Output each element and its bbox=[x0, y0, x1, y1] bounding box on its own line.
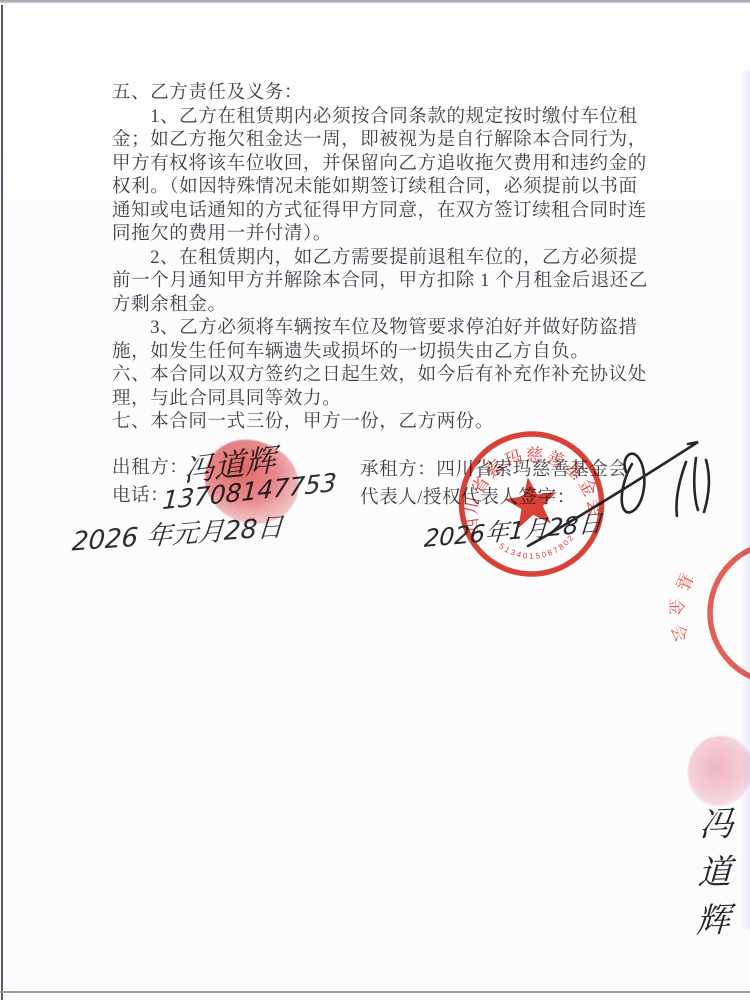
contract-line: 3、乙方必须将车辆按车位及物管要求停泊好并做好防盗措 bbox=[112, 317, 650, 341]
contract-line: 方剩余租金。 bbox=[112, 294, 650, 318]
scanned-contract-page: 五、乙方责任及义务： 1、乙方在租赁期内必须按合同条款的规定按时缴付车位租金；如… bbox=[0, 0, 750, 1000]
contract-line: 2、在租赁期内，如乙方需要提前退租车位的，乙方必须提 bbox=[112, 247, 650, 271]
contract-line: 通知或电话通知的方式征得甲方同意，在双方签订续租合同时连 bbox=[112, 200, 650, 224]
edge-vertical-name-handwriting: 冯道辉 bbox=[691, 805, 730, 950]
edge-seal-ring bbox=[710, 543, 750, 683]
contract-line: 六、本合同以双方签约之日起生效，如今后有补充作补充协议处 bbox=[112, 364, 650, 388]
edge-seal-text: 基金会 bbox=[666, 570, 696, 656]
scan-edge-bottom bbox=[0, 991, 750, 993]
edge-partial-seal: 基金会 bbox=[654, 528, 750, 698]
phone-label: 电话： bbox=[112, 481, 169, 507]
scan-edge-top bbox=[0, 0, 750, 3]
scan-edge-left bbox=[1, 5, 3, 1000]
contract-line: 五、乙方责任及义务： bbox=[112, 82, 650, 106]
scan-edge-right-shade bbox=[741, 70, 750, 930]
contract-line: 金；如乙方拖欠租金达一周，即被视为是自行解除本合同行为， bbox=[112, 129, 650, 153]
svg-text:基金会: 基金会 bbox=[666, 570, 696, 656]
contract-line: 施，如发生任何车辆遗失或损坏的一切损失由乙方自负。 bbox=[112, 341, 650, 365]
contract-line: 权利。（如因特殊情况未能如期签订续租合同，必须提前以书面 bbox=[112, 176, 650, 200]
contract-line: 1、乙方在租赁期内必须按合同条款的规定按时缴付车位租 bbox=[112, 106, 650, 130]
lessor-label: 出租方： bbox=[112, 453, 188, 479]
contract-line: 甲方有权将该车位收回，并保留向乙方追收拖欠费用和违约金的 bbox=[112, 153, 650, 177]
contract-body: 五、乙方责任及义务： 1、乙方在租赁期内必须按合同条款的规定按时缴付车位租金；如… bbox=[112, 82, 650, 435]
contract-line: 前一个月通知甲方并解除本合同，甲方扣除 1 个月租金后退还乙 bbox=[112, 270, 650, 294]
contract-line: 理，与此合同具同等效力。 bbox=[112, 388, 650, 412]
contract-line: 同拖欠的费用一并付清）。 bbox=[112, 223, 650, 247]
